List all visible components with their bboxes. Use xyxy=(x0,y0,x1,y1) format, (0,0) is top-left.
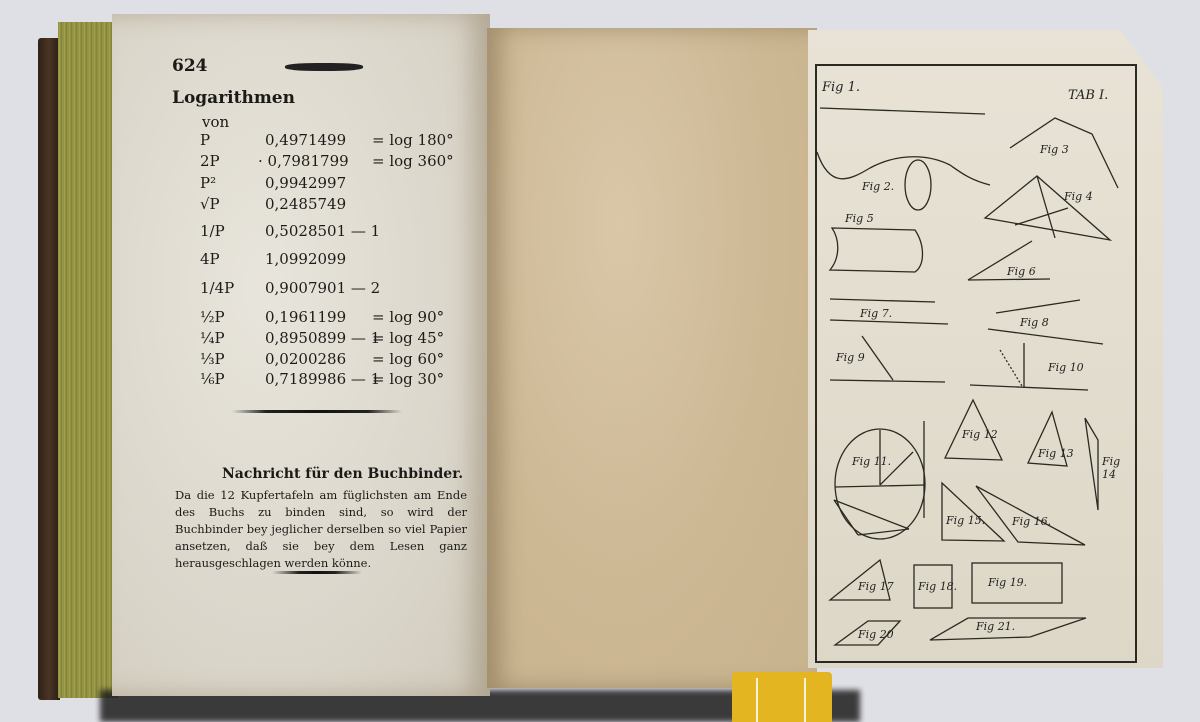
figure-label: Fig 16. xyxy=(1012,515,1051,528)
figure-label: Fig 18. xyxy=(918,580,957,593)
figure-label: Fig 19. xyxy=(988,576,1027,589)
figure-label: Fig 7. xyxy=(860,307,892,320)
figure-label: Fig 13 xyxy=(1038,447,1074,460)
figure-label: Fig 4 xyxy=(1064,190,1093,203)
figure-label: Fig 15. xyxy=(946,514,985,527)
figure-label: Fig 10 xyxy=(1048,361,1084,374)
figure-label: Fig 8 xyxy=(1020,316,1049,329)
geometry-figures xyxy=(0,0,1200,722)
figure-label: Fig 21. xyxy=(976,620,1015,633)
figure-label: Fig 3 xyxy=(1040,143,1069,156)
figure-label: Fig 20 xyxy=(858,628,894,641)
figure-label: Fig 1. xyxy=(822,80,860,95)
figure-label: Fig 12 xyxy=(962,428,998,441)
figure-label: Fig 6 xyxy=(1007,265,1036,278)
figure-label: Fig 14 xyxy=(1102,455,1124,481)
figure-label: Fig 9 xyxy=(836,351,865,364)
figure-label: Fig 17 xyxy=(858,580,894,593)
figure-label: Fig 11. xyxy=(852,455,891,468)
figure-label: Fig 2. xyxy=(862,180,894,193)
figure-label: Fig 5 xyxy=(845,212,874,225)
plate-title: TAB I. xyxy=(1068,88,1108,103)
